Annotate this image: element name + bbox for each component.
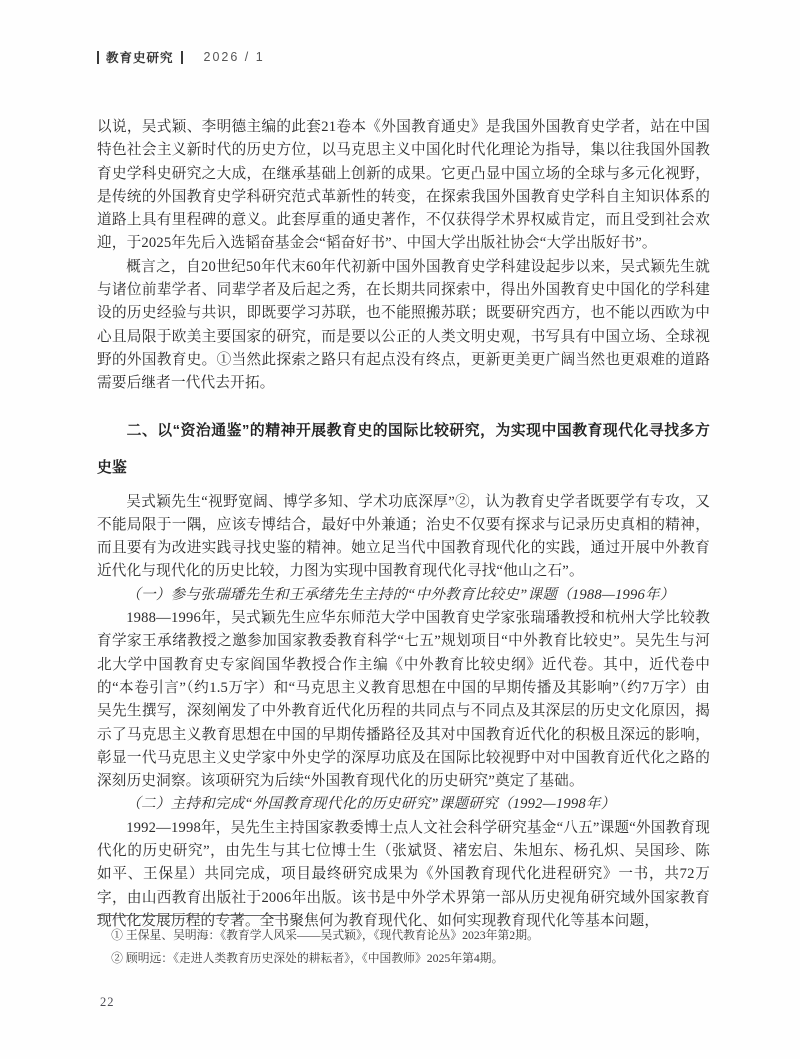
page-number: 22 bbox=[100, 995, 115, 1010]
article-body: 以说，吴式颖、李明德主编的此套21卷本《外国教育通史》是我国外国教育史学者，站在… bbox=[97, 116, 710, 933]
subsection-heading: （二）主持和完成“外国教育现代化的历史研究”课题研究（1992—1998年） bbox=[97, 793, 710, 816]
header-bar-icon bbox=[97, 51, 99, 64]
footnote: ① 王保星、吴明海：《教育学人风采——吴式颖》，《现代教育论丛》2023年第2期… bbox=[97, 924, 710, 947]
journal-title: 教育史研究 bbox=[106, 48, 174, 66]
paragraph: 概言之，自20世纪50年代末60年代初新中国外国教育史学科建设起步以来，吴式颖先… bbox=[97, 256, 710, 396]
subsection-heading: （一）参与张瑞璠先生和王承绪先生主持的“中外教育比较史”课题（1988—1996… bbox=[97, 584, 710, 607]
header-bar-icon bbox=[181, 51, 183, 64]
footnote: ② 顾明远：《走进人类教育历史深处的耕耘者》，《中国教师》2025年第4期。 bbox=[97, 947, 710, 970]
paragraph: 吴式颖先生“视野宽阔、博学多知、学术功底深厚”②，认为教育史学者既要学有专攻，又… bbox=[97, 491, 710, 584]
issue-label: 2026 / 1 bbox=[204, 50, 265, 64]
paragraph-continuation: 以说，吴式颖、李明德主编的此套21卷本《外国教育通史》是我国外国教育史学者，站在… bbox=[97, 116, 710, 256]
paragraph: 1988—1996年，吴式颖先生应华东师范大学中国教育史学家张瑞璠教授和杭州大学… bbox=[97, 607, 710, 793]
journal-page: 教育史研究 2026 / 1 以说，吴式颖、李明德主编的此套21卷本《外国教育通… bbox=[0, 0, 800, 1059]
section-heading: 二、以“资治通鉴”的精神开展教育史的国际比较研究，为实现中国教育现代化寻找多方史… bbox=[97, 413, 710, 487]
running-head: 教育史研究 2026 / 1 bbox=[97, 48, 265, 66]
footnote-list: ① 王保星、吴明海：《教育学人风采——吴式颖》，《现代教育论丛》2023年第2期… bbox=[97, 924, 710, 970]
footnote-divider bbox=[97, 915, 287, 916]
